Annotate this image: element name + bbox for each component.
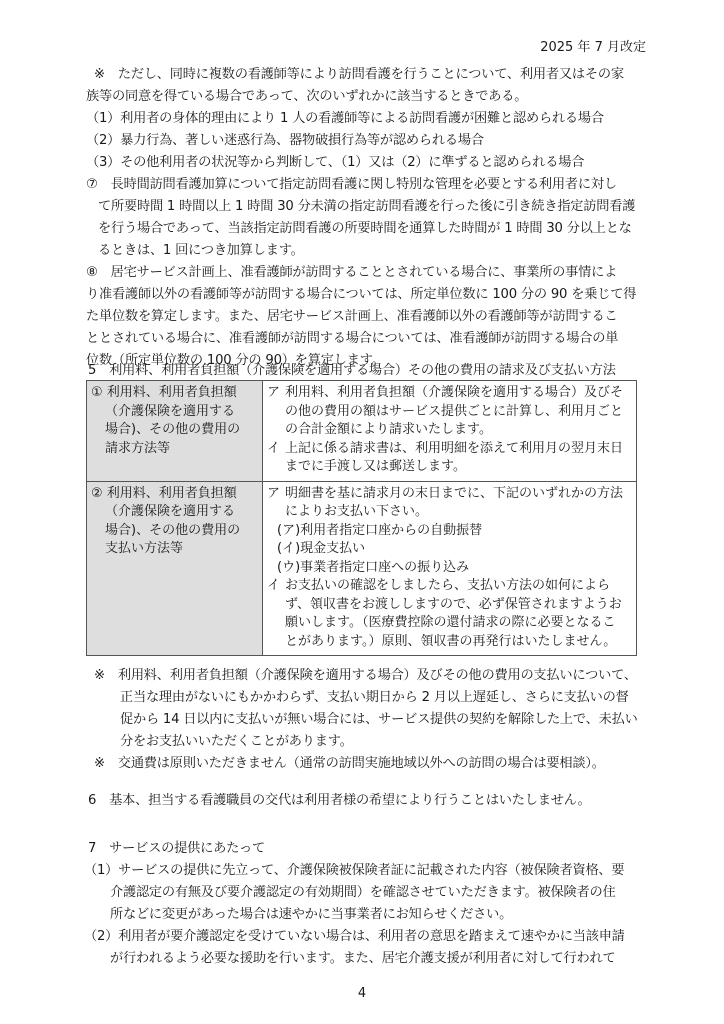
content-item: ア 明細書を基に請求月の末日までに、下記のいずれかの方法 によりお支払い下さい。: [267, 485, 632, 522]
section7-line: が行われるよう必要な援助を行います。また、居宅介護支援が利用者に対して行われて: [84, 950, 615, 968]
label-line: 場合)、その他の費用の: [91, 522, 258, 541]
row-content: ア 明細書を基に請求月の末日までに、下記のいずれかの方法 によりお支払い下さい。…: [263, 481, 637, 656]
content-line: によりお支払い下さい。: [285, 503, 623, 522]
content-line: 上記に係る請求書は、利用明細を添えて利用月の翌月末日: [285, 440, 623, 459]
item-marker: ア: [267, 384, 285, 440]
content-line: お支払いの確認をしましたら、支払い方法の如何によら: [285, 577, 622, 596]
row-label: ① 利用料、利用者負担額 （介護保険を適用する 場合)、その他の費用の 請求方法…: [87, 381, 263, 482]
content-line: とがあります。）原則、領収書の再発行はいたしません。: [285, 633, 622, 652]
content-line: 利用料、利用者負担額（介護保険を適用する場合）及びそ: [285, 384, 623, 403]
item8-line: り准看護師以外の看護師等が訪問する場合については、所定単位数に 100 分の 9…: [86, 286, 636, 304]
intro-line: 族等の同意を得ている場合であって、次のいずれかに該当するときである。: [86, 88, 527, 106]
label-line: 請求方法等: [91, 440, 258, 459]
intro-line: （1）利用者の身体的理由により 1 人の看護師等による訪問看護が困難と認められる…: [86, 110, 604, 128]
section7-line: 所などに変更があった場合は速やかに当事業者にお知らせください。: [84, 906, 512, 924]
row-content: ア 利用料、利用者負担額（介護保険を適用する場合）及びそ の他の費用の額はサービ…: [263, 381, 637, 482]
content-item: ア 利用料、利用者負担額（介護保険を適用する場合）及びそ の他の費用の額はサービ…: [267, 384, 632, 440]
section6-text: 6 基本、担当する看護職員の交代は利用者様の希望により行うことはいたしません。: [88, 792, 591, 810]
content-item: イ 上記に係る請求書は、利用明細を添えて利用月の翌月末日 までに手渡し又は郵送し…: [267, 440, 632, 477]
label-line: ① 利用料、利用者負担額: [91, 384, 258, 403]
item8-line: た単位数を算定します。また、居宅サービス計画上、准看護師以外の看護師等が訪問する…: [86, 308, 617, 326]
row-label: ② 利用料、利用者負担額 （介護保険を適用する 場合)、その他の費用の 支払い方…: [87, 481, 263, 656]
content-line: までに手渡し又は郵送します。: [285, 458, 623, 477]
note-line: 正当な理由がないにもかかわらず、支払い期日から 2 月以上遅延し、さらに支払いの…: [94, 689, 629, 707]
label-line: 支払い方法等: [91, 540, 258, 559]
intro-line: （3）その他利用者の状況等から判断して、（1）又は（2）に準ずると認められる場合: [86, 154, 584, 172]
content-line: ず、領収書をお渡ししますので、必ず保管されますようお: [285, 596, 622, 615]
content-line: の他の費用の額はサービス提供ごとに計算し、利用月ごと: [285, 403, 623, 422]
content-line: の合計金額により請求いたします。: [285, 421, 623, 440]
payment-option: (ウ)事業者指定口座への振り込み: [277, 559, 632, 578]
payment-option: (ア)利用者指定口座からの自動振替: [277, 522, 632, 541]
label-line: （介護保険を適用する: [91, 403, 258, 422]
item8-line: ⑧ 居宅サービス計画上、准看護師が訪問することとされている場合に、事業所の事情に…: [86, 264, 617, 282]
content-line: 願いします。（医療費控除の還付請求の際に必要となるこ: [285, 614, 622, 633]
note-line: ※ 交通費は原則いただきません（通常の訪問実施地域以外への訪問の場合は要相談）。: [94, 755, 605, 773]
content-line: 明細書を基に請求月の末日までに、下記のいずれかの方法: [285, 485, 623, 504]
item-marker: イ: [267, 440, 285, 477]
fee-table: ① 利用料、利用者負担額 （介護保険を適用する 場合)、その他の費用の 請求方法…: [86, 380, 637, 656]
note-line: ※ 利用料、利用者負担額（介護保険を適用する場合）及びその他の費用の支払いについ…: [94, 667, 637, 685]
intro-line: （2）暴力行為、著しい迷惑行為、器物破損行為等が認められる場合: [86, 132, 484, 150]
section7-line: （1）サービスの提供に先立って、介護保険被保険者証に記載された内容（被保険者資格…: [84, 862, 624, 880]
item8-line: ととされている場合に、准看護師が訪問する場合については、准看護師が訪問する場合の…: [86, 330, 618, 348]
section7-line: （2）利用者が要介護認定を受けていない場合は、利用者の意思を踏まえて速やかに当該…: [84, 928, 625, 946]
item7-line: るときは、1 回につき加算します。: [98, 242, 304, 260]
payment-options: (ア)利用者指定口座からの自動振替 (イ)現金支払い (ウ)事業者指定口座への振…: [267, 522, 632, 578]
item-marker: イ: [267, 577, 285, 651]
item7-line: ⑦ 長時間訪問看護加算について指定訪問看護に関し特別な管理を必要とする利用者に対…: [86, 176, 617, 194]
payment-option: (イ)現金支払い: [277, 540, 632, 559]
section7-line: 介護認定の有無及び要介護認定の有効期間）を確認させていただきます。被保険者の住: [84, 884, 615, 902]
intro-line: ※ ただし、同時に複数の看護師等により訪問看護を行うことについて、利用者又はその…: [94, 66, 624, 84]
revision-date: 2025 年 7 月改定: [540, 36, 646, 55]
page-number: 4: [0, 986, 724, 1001]
item7-line: を行う場合であって、当該指定訪問看護の所要時間を通算した時間が 1 時間 30 …: [98, 220, 632, 238]
table-row: ② 利用料、利用者負担額 （介護保険を適用する 場合)、その他の費用の 支払い方…: [87, 481, 637, 656]
content-item: イ お支払いの確認をしましたら、支払い方法の如何によら ず、領収書をお渡しします…: [267, 577, 632, 651]
item-marker: ア: [267, 485, 285, 522]
section5-heading: 5 利用料、利用者負担額（介護保険を適用する場合）その他の費用の請求及び支払い方…: [88, 362, 616, 380]
table-row: ① 利用料、利用者負担額 （介護保険を適用する 場合)、その他の費用の 請求方法…: [87, 381, 637, 482]
item7-line: て所要時間 1 時間以上 1 時間 30 分未満の指定訪問看護を行った後に引き続…: [98, 198, 635, 216]
label-line: （介護保険を適用する: [91, 503, 258, 522]
label-line: ② 利用料、利用者負担額: [91, 485, 258, 504]
note-line: 分をお支払いいただくことがあります。: [94, 733, 353, 751]
section7-heading: 7 サービスの提供にあたって: [88, 840, 265, 858]
note-line: 促から 14 日以内に支払いが無い場合には、サービス提供の契約を解除した上で、未…: [94, 711, 638, 729]
label-line: 場合)、その他の費用の: [91, 421, 258, 440]
